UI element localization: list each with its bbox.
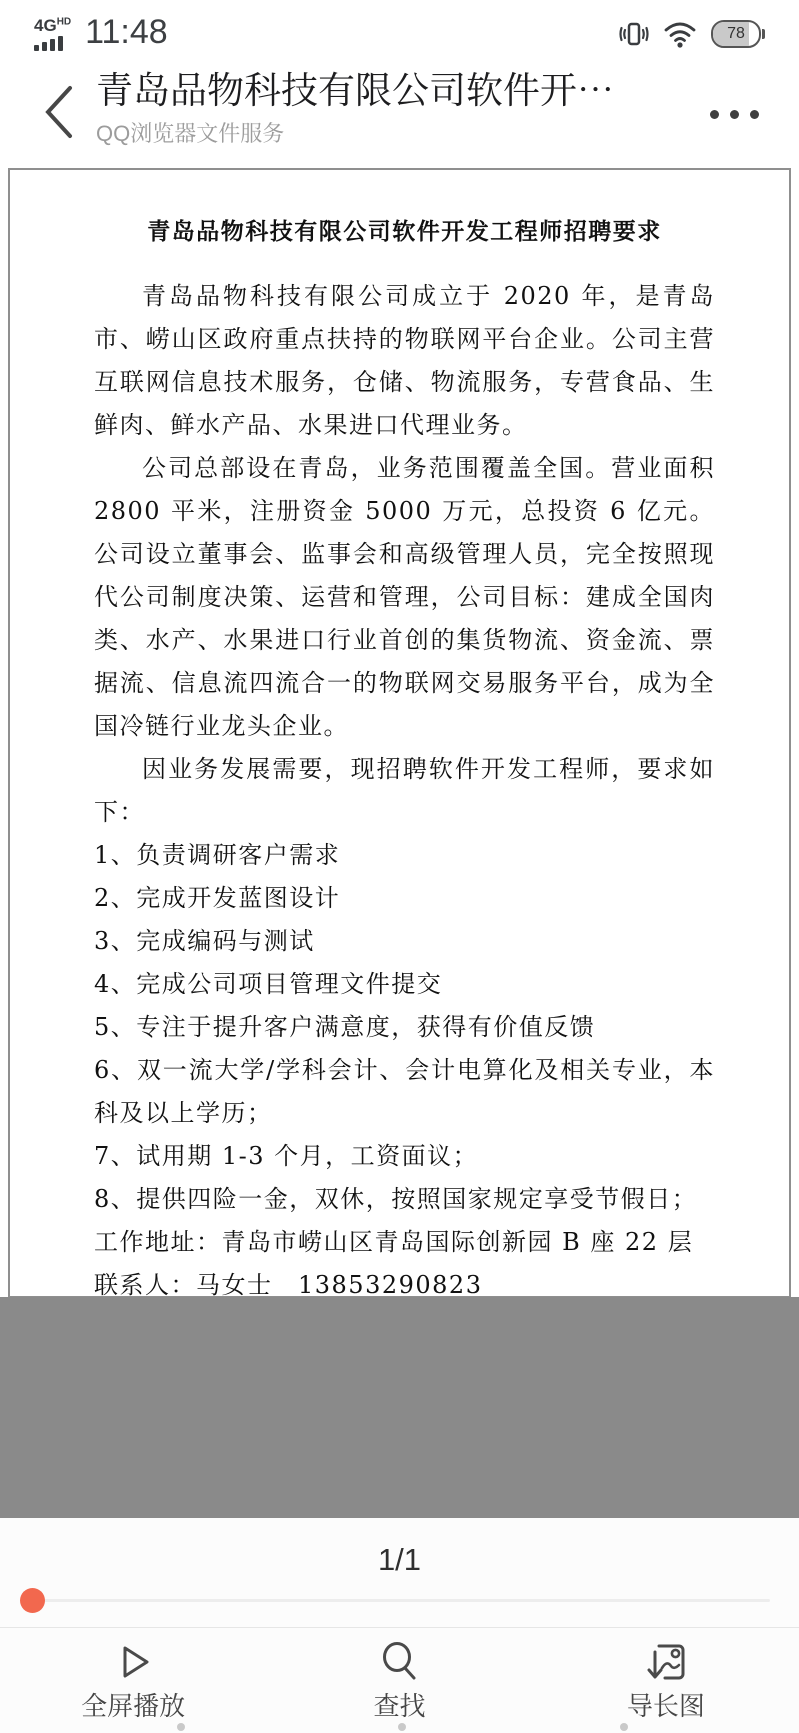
requirement-item: 1、负责调研客户需求 [94,834,715,877]
hd-badge: HD [57,16,71,27]
fullscreen-play-label: 全屏播放 [81,1691,185,1722]
document-paragraph: 青岛品物科技有限公司成立于 2020 年，是青岛市、崂山区政府重点扶持的物联网平… [94,275,715,447]
toolbar-divider [0,1627,799,1628]
footer: 1/1 全屏播放 查找 [0,1518,799,1733]
document-content: 青岛品物科技有限公司软件开发工程师招聘要求 青岛品物科技有限公司成立于 2020… [10,170,789,1307]
back-button[interactable] [40,80,80,144]
document-viewer[interactable]: 青岛品物科技有限公司软件开发工程师招聘要求 青岛品物科技有限公司成立于 2020… [0,168,799,1518]
search-icon [375,1638,423,1686]
export-long-image-button[interactable]: 导长图 [533,1630,799,1733]
requirement-item: 4、完成公司项目管理文件提交 [94,963,715,1006]
menu-dot [750,110,759,119]
clock-time: 11:48 [85,15,168,49]
requirement-item: 2、完成开发蓝图设计 [94,877,715,920]
battery-percent: 78 [713,22,759,46]
document-paragraph: 公司总部设在青岛，业务范围覆盖全国。营业面积 2800 平米，注册资金 5000… [94,447,715,748]
export-long-image-label: 导长图 [627,1691,705,1722]
menu-dot [710,110,719,119]
slider-thumb[interactable] [20,1588,45,1613]
find-button[interactable]: 查找 [266,1630,532,1733]
play-icon [109,1638,157,1686]
fullscreen-play-button[interactable]: 全屏播放 [0,1630,266,1733]
export-long-image-icon [642,1638,690,1686]
viewer-background [0,1297,799,1518]
slider-track[interactable] [30,1599,770,1602]
find-label: 查找 [373,1691,425,1722]
signal-bars-icon [34,36,63,51]
hint-dot [398,1723,406,1731]
requirement-item: 6、双一流大学/学科会计、会计电算化及相关专业，本科及以上学历； [94,1049,715,1135]
page-indicator: 1/1 [0,1542,799,1578]
battery-indicator: 78 [711,20,765,48]
wifi-icon [663,20,697,48]
bottom-toolbar: 全屏播放 查找 导长图 [0,1630,799,1733]
battery-nub [762,29,765,39]
more-menu-button[interactable] [704,104,765,125]
page-slider[interactable] [0,1586,799,1614]
work-address-line: 工作地址：青岛市崂山区青岛国际创新园 B 座 22 层 [94,1221,715,1264]
file-source-label: QQ浏览器文件服务 [96,117,656,148]
network-indicator: 4GHD [34,17,71,51]
hint-dot [177,1723,185,1731]
network-type-label: 4GHD [34,17,71,34]
status-bar: 4GHD 11:48 [0,0,799,62]
requirement-item: 5、专注于提升客户满意度，获得有价值反馈 [94,1006,715,1049]
file-title: 青岛品物科技有限公司软件开⋯ [96,68,656,114]
header: 青岛品物科技有限公司软件开⋯ QQ浏览器文件服务 [0,62,799,168]
document-paragraph: 因业务发展需要，现招聘软件开发工程师，要求如下： [94,748,715,834]
document-title: 青岛品物科技有限公司软件开发工程师招聘要求 [94,210,715,253]
requirement-item: 3、完成编码与测试 [94,920,715,963]
vibrate-icon [619,19,649,49]
requirement-item: 8、提供四险一金，双休，按照国家规定享受节假日； [94,1178,715,1221]
requirement-item: 7、试用期 1-3 个月，工资面议； [94,1135,715,1178]
hint-dot [620,1723,628,1731]
document-page[interactable]: 青岛品物科技有限公司软件开发工程师招聘要求 青岛品物科技有限公司成立于 2020… [8,168,791,1297]
menu-dot [730,110,739,119]
